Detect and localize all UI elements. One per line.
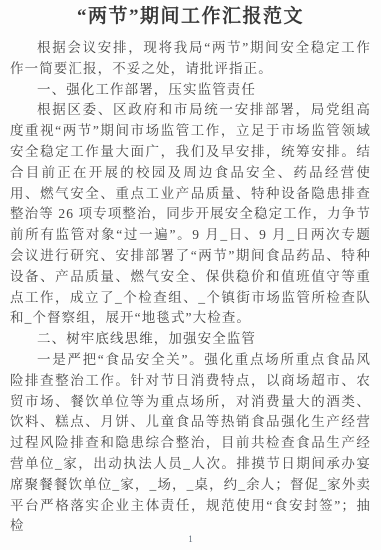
section-heading: 一、强化工作部署，压实监管责任 bbox=[10, 80, 371, 101]
document-page: “两节”期间工作汇报范文 根据会议安排，现将我局“两节”期间安全稳定工作作一简要… bbox=[0, 0, 381, 550]
section-heading: 二、树牢底线思维，加强安全监管 bbox=[10, 329, 371, 350]
paragraph: 一是严把“食品安全关”。强化重点场所重点食品风险排查整治工作。针对节日消费特点，… bbox=[10, 350, 371, 537]
page-number: 1 bbox=[0, 534, 381, 544]
paragraph: 根据会议安排，现将我局“两节”期间安全稳定工作作一简要汇报，不妥之处，请批评指正… bbox=[10, 38, 371, 80]
paragraph: 根据区委、区政府和市局统一安排部署，局党组高度重视“两节”期间市场监管工作，立足… bbox=[10, 100, 371, 329]
document-title: “两节”期间工作汇报范文 bbox=[10, 4, 371, 30]
